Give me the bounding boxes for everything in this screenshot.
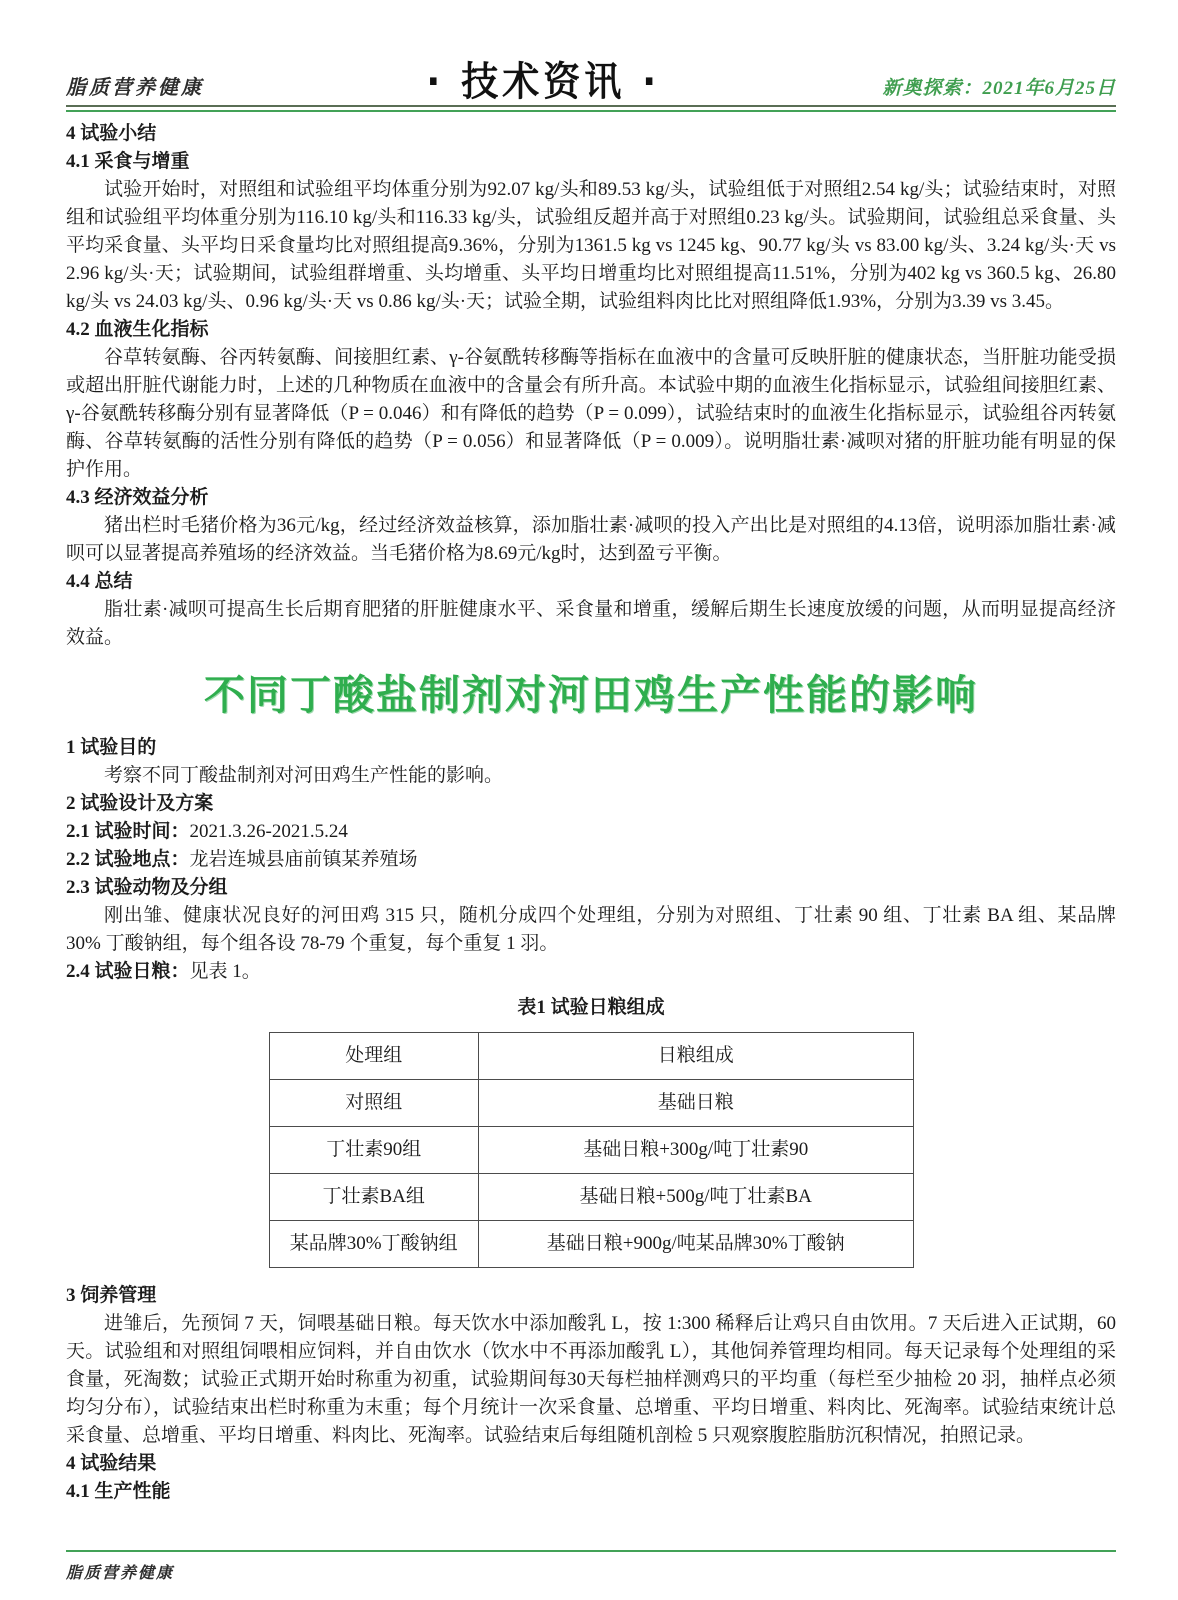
diet-composition-table: 处理组 日粮组成 对照组 基础日粮 丁壮素90组 基础日粮+300g/吨丁壮素9… — [269, 1032, 914, 1268]
table-row: 对照组 基础日粮 — [269, 1080, 913, 1127]
header-brand: 脂质营养健康 — [66, 71, 204, 100]
table1-caption: 表1 试验日粮组成 — [66, 994, 1116, 1022]
value-trial-diet: 见表 1。 — [190, 961, 261, 982]
table-row: 丁壮素90组 基础日粮+300g/吨丁壮素90 — [269, 1127, 913, 1174]
label-trial-site: 2.2 试验地点： — [66, 849, 190, 870]
value-trial-site: 龙岩连城县庙前镇某养殖场 — [190, 849, 418, 870]
header-divider — [66, 105, 1116, 112]
para-conclusion: 脂壮素·减呗可提高生长后期育肥猪的肝脏健康水平、采食量和增重，缓解后期生长速度放… — [66, 596, 1116, 652]
heading-production-performance: 4.1 生产性能 — [66, 1478, 1116, 1506]
para-blood-biochem: 谷草转氨酶、谷丙转氨酶、间接胆红素、γ-谷氨酰转移酶等指标在血液中的含量可反映肝… — [66, 344, 1116, 484]
heading-animals-grouping: 2.3 试验动物及分组 — [66, 874, 1116, 902]
footer-brand: 脂质营养健康 — [66, 1560, 1116, 1583]
heading-trial-purpose: 1 试验目的 — [66, 734, 1116, 762]
para-trial-purpose: 考察不同丁酸盐制剂对河田鸡生产性能的影响。 — [66, 762, 1116, 790]
table-cell-group: 丁壮素90组 — [269, 1127, 478, 1174]
label-trial-diet: 2.4 试验日粮： — [66, 961, 190, 982]
table-cell-diet: 基础日粮+300g/吨丁壮素90 — [478, 1127, 913, 1174]
table-header-treatment: 处理组 — [269, 1033, 478, 1080]
table-cell-group: 某品牌30%丁酸钠组 — [269, 1221, 478, 1268]
label-trial-time: 2.1 试验时间： — [66, 821, 190, 842]
header-section-title: · 技术资讯 · — [426, 62, 660, 102]
heading-intake-gain: 4.1 采食与增重 — [66, 148, 1116, 176]
value-trial-time: 2021.3.26-2021.5.24 — [190, 821, 348, 842]
journal-page: 脂质营养健康 · 技术资讯 · 新奥探索：2021年6月25日 4 试验小结 4… — [0, 0, 1178, 1600]
table-row: 某品牌30%丁酸钠组 基础日粮+900g/吨某品牌30%丁酸钠 — [269, 1221, 913, 1268]
table-cell-group: 对照组 — [269, 1080, 478, 1127]
footer-divider — [66, 1550, 1116, 1552]
header-issue-date: 新奥探索：2021年6月25日 — [882, 73, 1116, 100]
line-trial-site: 2.2 试验地点：龙岩连城县庙前镇某养殖场 — [66, 846, 1116, 874]
line-trial-diet: 2.4 试验日粮：见表 1。 — [66, 958, 1116, 986]
line-trial-time: 2.1 试验时间：2021.3.26-2021.5.24 — [66, 818, 1116, 846]
table-cell-diet: 基础日粮+900g/吨某品牌30%丁酸钠 — [478, 1221, 913, 1268]
para-economic-analysis: 猪出栏时毛猪价格为36元/kg，经过经济效益核算，添加脂壮素·减呗的投入产出比是… — [66, 512, 1116, 568]
table-header-diet: 日粮组成 — [478, 1033, 913, 1080]
heading-conclusion: 4.4 总结 — [66, 568, 1116, 596]
heading-blood-biochem: 4.2 血液生化指标 — [66, 316, 1116, 344]
heading-feeding-management: 3 饲养管理 — [66, 1282, 1116, 1310]
para-animals-grouping: 刚出雏、健康状况良好的河田鸡 315 只，随机分成四个处理组，分别为对照组、丁壮… — [66, 902, 1116, 958]
heading-trial-summary: 4 试验小结 — [66, 120, 1116, 148]
page-content: 4 试验小结 4.1 采食与增重 试验开始时，对照组和试验组平均体重分别为92.… — [66, 120, 1116, 1506]
para-intake-gain: 试验开始时，对照组和试验组平均体重分别为92.07 kg/头和89.53 kg/… — [66, 176, 1116, 316]
table-cell-group: 丁壮素BA组 — [269, 1174, 478, 1221]
heading-trial-results: 4 试验结果 — [66, 1450, 1116, 1478]
heading-design-scheme: 2 试验设计及方案 — [66, 790, 1116, 818]
para-feeding-management: 进雏后，先预饲 7 天，饲喂基础日粮。每天饮水中添加酸乳 L，按 1:300 稀… — [66, 1310, 1116, 1450]
page-header: 脂质营养健康 · 技术资讯 · 新奥探索：2021年6月25日 — [66, 52, 1116, 100]
page-footer: 脂质营养健康 — [66, 1550, 1116, 1583]
table-cell-diet: 基础日粮 — [478, 1080, 913, 1127]
article2-title: 不同丁酸盐制剂对河田鸡生产性能的影响 — [66, 670, 1116, 720]
table-header-row: 处理组 日粮组成 — [269, 1033, 913, 1080]
heading-economic-analysis: 4.3 经济效益分析 — [66, 484, 1116, 512]
table-row: 丁壮素BA组 基础日粮+500g/吨丁壮素BA — [269, 1174, 913, 1221]
table-cell-diet: 基础日粮+500g/吨丁壮素BA — [478, 1174, 913, 1221]
